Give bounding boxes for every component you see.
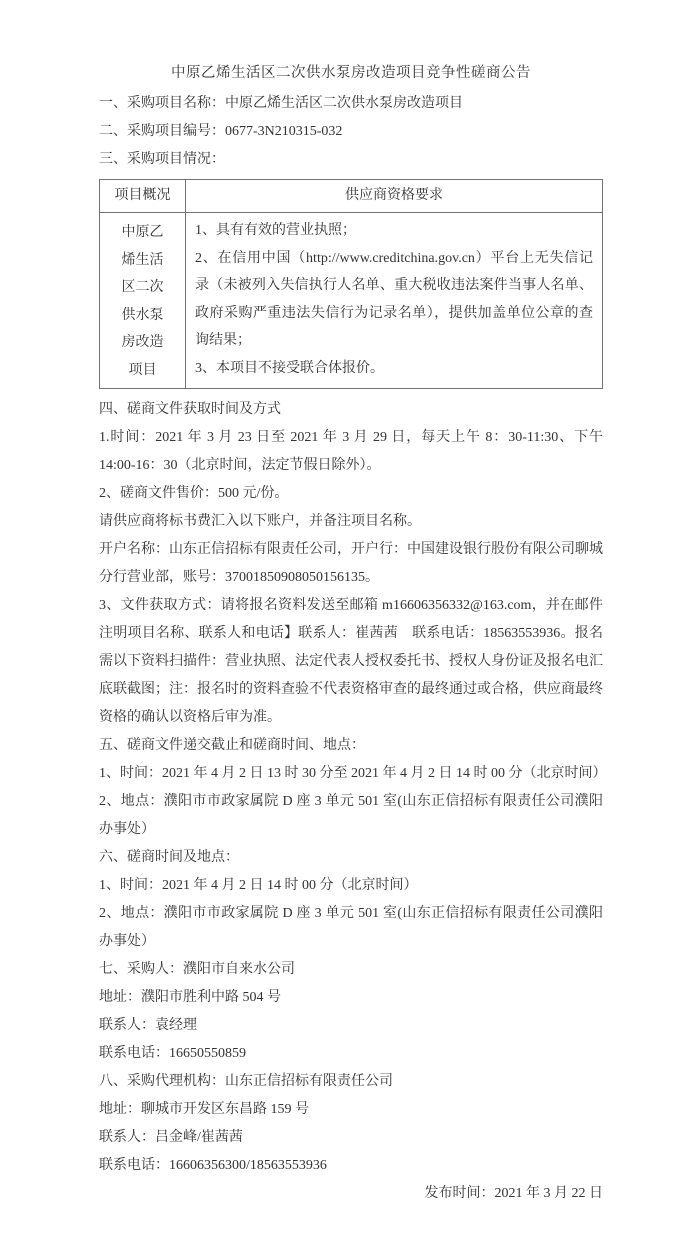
section-4-bank-account: 开户名称：山东正信招标有限责任公司，开户行：中国建设银行股份有限公司聊城分行营业…: [99, 536, 603, 592]
section-5-heading: 五、磋商文件递交截止和磋商时间、地点：: [99, 732, 603, 760]
announcement-document: 中原乙烯生活区二次供水泵房改造项目竞争性磋商公告 一、采购项目名称：中原乙烯生活…: [0, 0, 700, 1236]
section-7-heading: 七、采购人：濮阳市自来水公司: [99, 956, 603, 984]
supplier-requirements-cell: 1、具有有效的营业执照； 2、在信用中国（http://www.creditch…: [186, 213, 603, 389]
section-5-time: 1、时间：2021 年 4 月 2 日 13 时 30 分至 2021 年 4 …: [99, 760, 603, 788]
section-7-address: 地址：濮阳市胜利中路 504 号: [99, 984, 603, 1012]
section-4-heading: 四、磋商文件获取时间及方式: [99, 396, 603, 424]
publish-date: 发布时间：2021 年 3 月 22 日: [99, 1180, 603, 1208]
table-header-row: 项目概况 供应商资格要求: [100, 180, 603, 213]
section-6-location: 2、地点：濮阳市市政家属院 D 座 3 单元 501 室(山东正信招标有限责任公…: [99, 900, 603, 956]
section-4-time: 1.时间：2021 年 3 月 23 日至 2021 年 3 月 29 日，每天…: [99, 424, 603, 480]
requirement-item-2: 2、在信用中国（http://www.creditchina.gov.cn）平台…: [195, 245, 593, 355]
section-4-price: 2、磋商文件售价：500 元/份。: [99, 480, 603, 508]
project-overview-text: 中原乙烯生活区二次供水泵房改造项目: [122, 219, 164, 384]
section-5-location: 2、地点：濮阳市市政家属院 D 座 3 单元 501 室(山东正信招标有限责任公…: [99, 788, 603, 844]
intro-project-number: 二、采购项目编号：0677-3N210315-032: [99, 118, 603, 146]
section-4-remit-note: 请供应商将标书费汇入以下账户，并备注项目名称。: [99, 508, 603, 536]
section-8-heading: 八、采购代理机构：山东正信招标有限责任公司: [99, 1068, 603, 1096]
section-6-heading: 六、磋商时间及地点：: [99, 844, 603, 872]
section-8-contact: 联系人：吕金峰/崔茜茜: [99, 1124, 603, 1152]
section-4-obtain-method: 3、文件获取方式：请将报名资料发送至邮箱 m16606356332@163.co…: [99, 592, 603, 732]
requirement-item-3: 3、本项目不接受联合体报价。: [195, 355, 593, 383]
section-8-address: 地址：聊城市开发区东昌路 159 号: [99, 1096, 603, 1124]
requirement-item-1: 1、具有有效的营业执照；: [195, 217, 593, 245]
section-7-contact: 联系人：袁经理: [99, 1012, 603, 1040]
table-header-project-overview: 项目概况: [100, 180, 186, 213]
qualification-table: 项目概况 供应商资格要求 中原乙烯生活区二次供水泵房改造项目 1、具有有效的营业…: [99, 179, 603, 389]
intro-project-name: 一、采购项目名称：中原乙烯生活区二次供水泵房改造项目: [99, 90, 603, 118]
project-overview-cell: 中原乙烯生活区二次供水泵房改造项目: [100, 213, 186, 389]
table-header-supplier-requirements: 供应商资格要求: [186, 180, 603, 213]
intro-project-info-label: 三、采购项目情况：: [99, 146, 603, 174]
section-7-phone: 联系电话：16650550859: [99, 1040, 603, 1068]
section-6-time: 1、时间：2021 年 4 月 2 日 14 时 00 分（北京时间）: [99, 872, 603, 900]
document-title: 中原乙烯生活区二次供水泵房改造项目竞争性磋商公告: [99, 58, 603, 88]
section-8-phone: 联系电话：16606356300/18563553936: [99, 1152, 603, 1180]
table-row: 中原乙烯生活区二次供水泵房改造项目 1、具有有效的营业执照； 2、在信用中国（h…: [100, 213, 603, 389]
